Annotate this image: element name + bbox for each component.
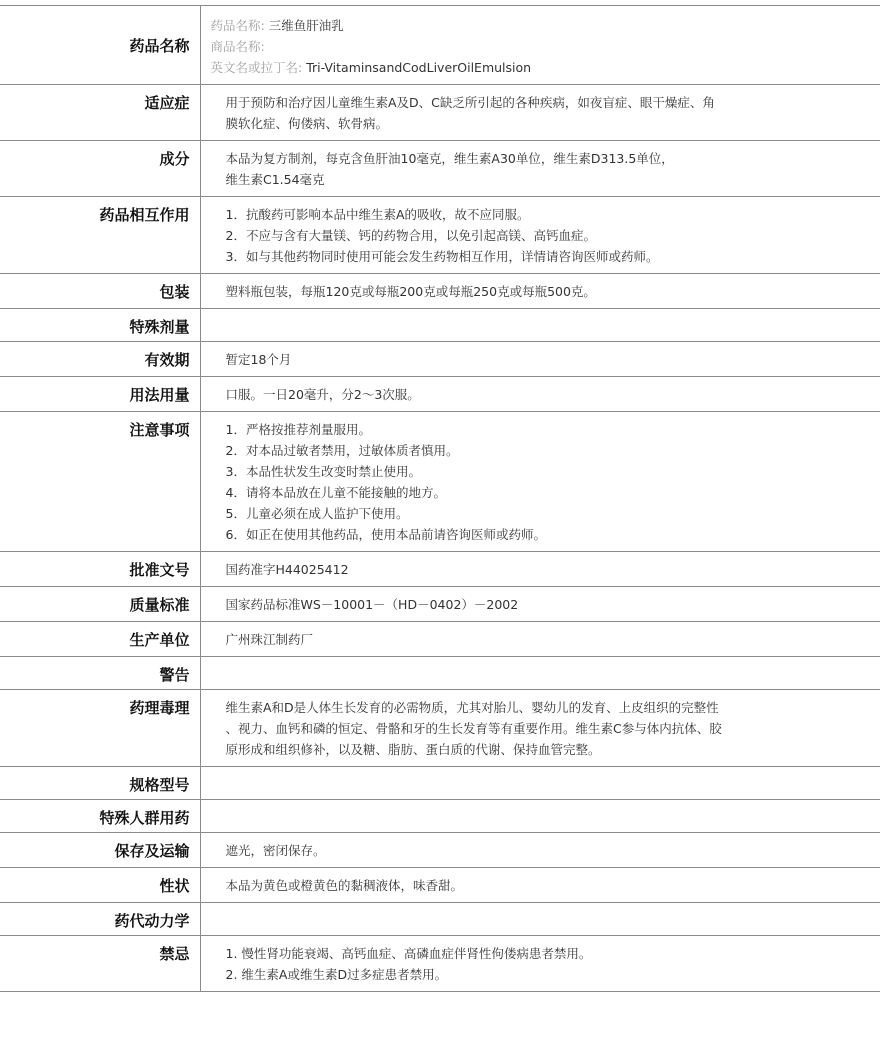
row-label: 适应症	[0, 85, 200, 141]
list-item: 5．儿童必须在成人监护下使用。	[226, 503, 871, 524]
row-value: 国家药品标准WS－10001－（HD－0402）－2002	[200, 587, 880, 622]
row-description: 性状 本品为黄色或橙黄色的黏稠液体，味香甜。	[0, 868, 880, 903]
row-drug-name: 药品名称 药品名称: 三维鱼肝油乳 商品名称: 英文名或拉丁名: Tri-Vit…	[0, 6, 880, 85]
text-line: 用于预防和治疗因儿童维生素A及D、C缺乏所引起的各种疾病，如夜盲症、眼干燥症、角	[226, 92, 871, 113]
row-label: 质量标准	[0, 587, 200, 622]
row-storage: 保存及运输 遮光，密闭保存。	[0, 833, 880, 868]
row-pharmacology: 药理毒理 维生素A和D是人体生长发育的必需物质，尤其对胎儿、婴幼儿的发育、上皮组…	[0, 690, 880, 767]
generic-name-label: 药品名称:	[211, 18, 265, 33]
list-item: 3．如与其他药物同时使用可能会发生药物相互作用，详情请咨询医师或药师。	[226, 246, 871, 267]
row-interactions: 药品相互作用 1．抗酸药可影响本品中维生素A的吸收，故不应同服。 2．不应与含有…	[0, 197, 880, 274]
row-label: 有效期	[0, 342, 200, 377]
row-value	[200, 903, 880, 936]
row-value: 口服。一日20毫升，分2～3次服。	[200, 377, 880, 412]
text-line: 原形成和组织修补，以及糖、脂肪、蛋白质的代谢、保持血管完整。	[226, 739, 871, 760]
row-special-population: 特殊人群用药	[0, 800, 880, 833]
row-value: 塑料瓶包装，每瓶120克或每瓶200克或每瓶250克或每瓶500克。	[200, 274, 880, 309]
row-value: 国药准字H44025412	[200, 552, 880, 587]
row-label: 警告	[0, 657, 200, 690]
row-value: 1．抗酸药可影响本品中维生素A的吸收，故不应同服。 2．不应与含有大量镁、钙的药…	[200, 197, 880, 274]
row-label: 保存及运输	[0, 833, 200, 868]
text-line: 膜软化症、佝偻病、软骨病。	[226, 113, 871, 134]
row-value	[200, 767, 880, 800]
row-approval-number: 批准文号 国药准字H44025412	[0, 552, 880, 587]
row-value: 维生素A和D是人体生长发育的必需物质，尤其对胎儿、婴幼儿的发育、上皮组织的完整性…	[200, 690, 880, 767]
row-value: 1．严格按推荐剂量服用。 2．对本品过敏者禁用，过敏体质者慎用。 3．本品性状发…	[200, 412, 880, 552]
row-value: 1. 慢性肾功能衰竭、高钙血症、高磷血症伴肾性佝偻病患者禁用。 2. 维生素A或…	[200, 936, 880, 992]
row-value: 本品为黄色或橙黄色的黏稠液体，味香甜。	[200, 868, 880, 903]
list-item: 4．请将本品放在儿童不能接触的地方。	[226, 482, 871, 503]
row-label: 特殊剂量	[0, 309, 200, 342]
english-name-line: 英文名或拉丁名: Tri-VitaminsandCodLiverOilEmuls…	[211, 57, 871, 78]
row-label: 规格型号	[0, 767, 200, 800]
row-special-dosage: 特殊剂量	[0, 309, 880, 342]
row-value	[200, 309, 880, 342]
list-item: 6．如正在使用其他药品，使用本品前请咨询医师或药师。	[226, 524, 871, 545]
row-warning: 警告	[0, 657, 880, 690]
row-value	[200, 800, 880, 833]
row-label: 批准文号	[0, 552, 200, 587]
row-label: 包装	[0, 274, 200, 309]
list-item: 2．对本品过敏者禁用，过敏体质者慎用。	[226, 440, 871, 461]
row-specification: 规格型号	[0, 767, 880, 800]
row-label: 药代动力学	[0, 903, 200, 936]
row-dosage: 用法用量 口服。一日20毫升，分2～3次服。	[0, 377, 880, 412]
drug-spec-table: 药品名称 药品名称: 三维鱼肝油乳 商品名称: 英文名或拉丁名: Tri-Vit…	[0, 5, 880, 992]
list-item: 1．严格按推荐剂量服用。	[226, 419, 871, 440]
row-precautions: 注意事项 1．严格按推荐剂量服用。 2．对本品过敏者禁用，过敏体质者慎用。 3．…	[0, 412, 880, 552]
row-composition: 成分 本品为复方制剂，每克含鱼肝油10毫克，维生素A30单位，维生素D313.5…	[0, 141, 880, 197]
row-label: 特殊人群用药	[0, 800, 200, 833]
row-packaging: 包装 塑料瓶包装，每瓶120克或每瓶200克或每瓶250克或每瓶500克。	[0, 274, 880, 309]
row-value: 广州珠江制药厂	[200, 622, 880, 657]
row-value: 本品为复方制剂，每克含鱼肝油10毫克，维生素A30单位，维生素D313.5单位，…	[200, 141, 880, 197]
text-line: 维生素A和D是人体生长发育的必需物质，尤其对胎儿、婴幼儿的发育、上皮组织的完整性	[226, 697, 871, 718]
row-label: 药品相互作用	[0, 197, 200, 274]
list-item: 2. 维生素A或维生素D过多症患者禁用。	[226, 964, 871, 985]
row-contraindications: 禁忌 1. 慢性肾功能衰竭、高钙血症、高磷血症伴肾性佝偻病患者禁用。 2. 维生…	[0, 936, 880, 992]
trade-name-label: 商品名称:	[211, 39, 265, 54]
row-value: 药品名称: 三维鱼肝油乳 商品名称: 英文名或拉丁名: Tri-Vitamins…	[200, 6, 880, 85]
generic-name-value: 三维鱼肝油乳	[269, 18, 344, 33]
row-label: 性状	[0, 868, 200, 903]
row-value	[200, 657, 880, 690]
row-label: 禁忌	[0, 936, 200, 992]
row-shelf-life: 有效期 暂定18个月	[0, 342, 880, 377]
list-item: 1. 慢性肾功能衰竭、高钙血症、高磷血症伴肾性佝偻病患者禁用。	[226, 943, 871, 964]
row-quality-standard: 质量标准 国家药品标准WS－10001－（HD－0402）－2002	[0, 587, 880, 622]
english-name-value: Tri-VitaminsandCodLiverOilEmulsion	[306, 60, 531, 75]
trade-name-line: 商品名称:	[211, 36, 871, 57]
list-item: 3．本品性状发生改变时禁止使用。	[226, 461, 871, 482]
row-value: 用于预防和治疗因儿童维生素A及D、C缺乏所引起的各种疾病，如夜盲症、眼干燥症、角…	[200, 85, 880, 141]
row-pharmacokinetics: 药代动力学	[0, 903, 880, 936]
row-manufacturer: 生产单位 广州珠江制药厂	[0, 622, 880, 657]
text-line: 本品为复方制剂，每克含鱼肝油10毫克，维生素A30单位，维生素D313.5单位，	[226, 148, 871, 169]
row-indications: 适应症 用于预防和治疗因儿童维生素A及D、C缺乏所引起的各种疾病，如夜盲症、眼干…	[0, 85, 880, 141]
row-label: 注意事项	[0, 412, 200, 552]
list-item: 2．不应与含有大量镁、钙的药物合用，以免引起高镁、高钙血症。	[226, 225, 871, 246]
list-item: 1．抗酸药可影响本品中维生素A的吸收，故不应同服。	[226, 204, 871, 225]
row-value: 遮光，密闭保存。	[200, 833, 880, 868]
row-label: 药理毒理	[0, 690, 200, 767]
row-label: 生产单位	[0, 622, 200, 657]
english-name-label: 英文名或拉丁名:	[211, 60, 303, 75]
text-line: 维生素C1.54毫克	[226, 169, 871, 190]
row-value: 暂定18个月	[200, 342, 880, 377]
row-label: 用法用量	[0, 377, 200, 412]
text-line: 、视力、血钙和磷的恒定、骨骼和牙的生长发育等有重要作用。维生素C参与体内抗体、胶	[226, 718, 871, 739]
generic-name-line: 药品名称: 三维鱼肝油乳	[211, 15, 871, 36]
row-label: 药品名称	[0, 6, 200, 85]
row-label: 成分	[0, 141, 200, 197]
